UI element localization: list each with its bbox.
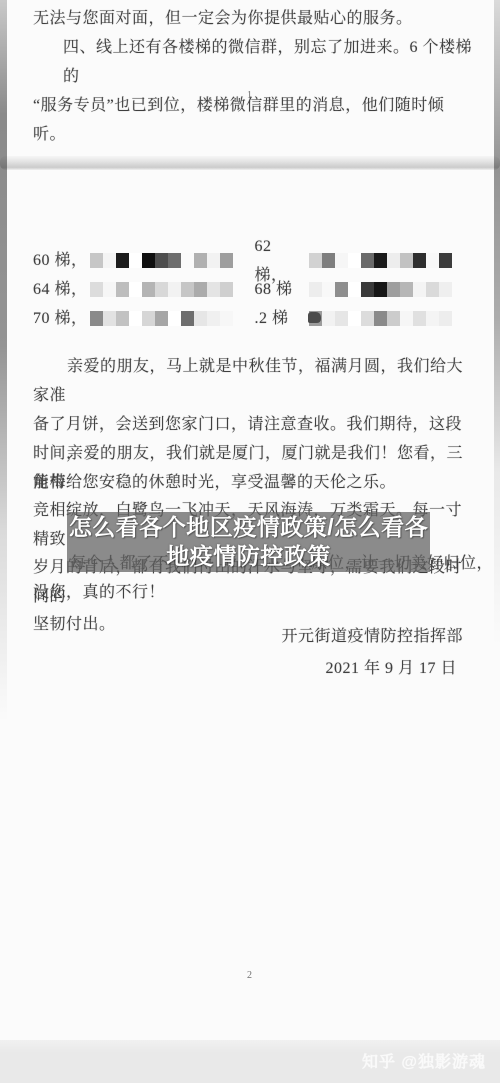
signature-date: 2021 年 9 月 17 日 xyxy=(281,654,463,683)
paragraph-closing-line2: 没您，真的不行！ xyxy=(33,578,165,607)
stair-group-table: 60 梯， 62 梯， 64 梯， 68 梯 70 梯， .2 梯 xyxy=(33,246,473,333)
signature-org: 开元街道疫情防控指挥部 xyxy=(281,622,463,651)
stair-label: 68 梯 xyxy=(255,275,309,304)
stair-label: .2 梯 xyxy=(255,304,309,333)
stair-label: 60 梯， xyxy=(33,246,90,275)
censored-name-mosaic xyxy=(309,253,474,269)
censored-name-mosaic xyxy=(90,253,255,269)
overlay-title-banner: 怎么看各个地区疫情政策/怎么看各 地疫情防控政策 xyxy=(67,512,430,572)
stair-row: 64 梯， 68 梯 xyxy=(33,275,473,304)
page1-number: 1 xyxy=(0,90,500,101)
watermark-strip: 知乎 @独影游魂 xyxy=(0,1040,500,1083)
censored-name-mosaic xyxy=(309,282,474,298)
zhihu-watermark: 知乎 @独影游魂 xyxy=(362,1049,486,1072)
censored-name-mosaic xyxy=(90,282,255,298)
overlay-title-line2: 地疫情防控政策 xyxy=(166,542,331,571)
paragraph-line: 亲爱的朋友，马上就是中秋佳节，福满月圆，我们给大家准 xyxy=(33,352,470,410)
paragraph-line: 亲爱的朋友，我们就是厦门，厦门就是我们！您看，三角梅 xyxy=(33,440,470,497)
photo-edge-left xyxy=(0,0,7,820)
page-break-divider xyxy=(0,156,500,170)
censored-name-mosaic xyxy=(309,311,474,327)
stair-row: 60 梯， 62 梯， xyxy=(33,246,473,275)
censored-name-mosaic xyxy=(90,311,255,327)
stair-label: 70 梯， xyxy=(33,304,90,333)
stair-row: 70 梯， .2 梯 xyxy=(33,304,473,333)
overlay-title-line1: 怎么看各个地区疫情政策/怎么看各 xyxy=(69,513,428,542)
stair-label-text: .2 梯 xyxy=(255,310,289,327)
page1-line: 无法与您面对面，但一定会为你提供最贴心的服务。 xyxy=(33,4,473,33)
page1-line: 四、线上还有各楼梯的微信群，别忘了加进来。6 个楼梯的 xyxy=(33,33,473,91)
photo-edge-right xyxy=(494,0,500,760)
signature-block: 开元街道疫情防控指挥部 2021 年 9 月 17 日 xyxy=(281,622,463,683)
page2-number: 2 xyxy=(0,970,500,981)
stair-label: 64 梯， xyxy=(33,275,90,304)
censor-blob xyxy=(308,312,321,323)
page1-text-block: 无法与您面对面，但一定会为你提供最贴心的服务。 四、线上还有各楼梯的微信群，别忘… xyxy=(33,4,473,149)
